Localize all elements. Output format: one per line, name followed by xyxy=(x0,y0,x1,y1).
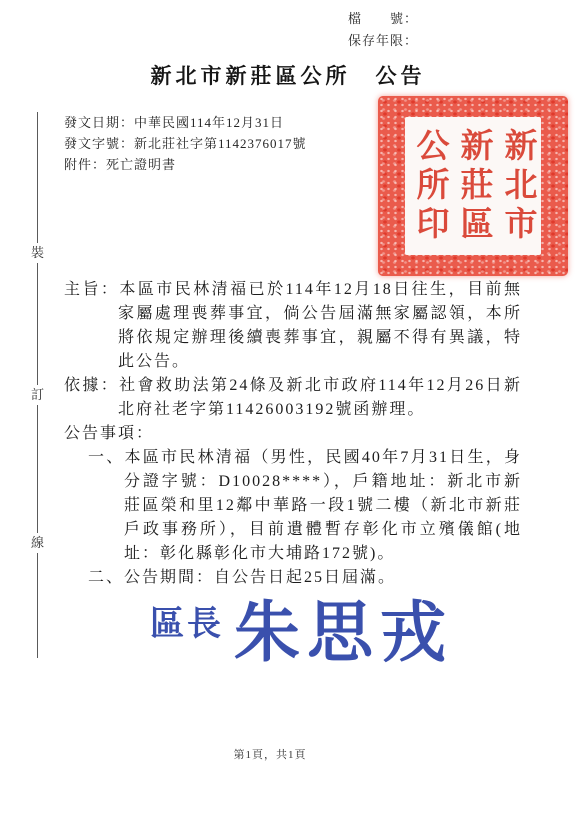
item-1-number: 一、 xyxy=(88,449,125,466)
seal-column-right: 新北市 xyxy=(501,128,534,245)
doc-number-line: 發文字號：新北莊社字第1142376017號 xyxy=(64,133,307,154)
issue-date-line: 發文日期：中華民國114年12月31日 xyxy=(64,112,307,133)
file-number-label: 檔 號： xyxy=(348,8,418,30)
chief-signature-stamp: 區長 朱思戎 xyxy=(150,596,453,671)
announcement-page: 檔 號： 保存年限： 新北市新莊區公所 公告 發文日期：中華民國114年12月3… xyxy=(0,0,576,815)
binding-char-ding: 訂 xyxy=(29,385,46,405)
retention-period-label: 保存年限： xyxy=(348,30,418,52)
official-seal-face: 新北市 新莊區 公所印 xyxy=(405,117,541,255)
binding-char-zhuang: 裝 xyxy=(29,243,46,263)
archive-labels: 檔 號： 保存年限： xyxy=(348,8,418,52)
announcement-body: 主旨：本區市民林清福已於114年12月18日往生，目前無家屬處理喪葬事宜，倘公告… xyxy=(64,278,522,590)
item-2-paragraph: 二、公告期間：自公告日起25日屆滿。 xyxy=(88,566,522,590)
subject-text: 本區市民林清福已於114年12月18日往生，目前無家屬處理喪葬事宜，倘公告屆滿無… xyxy=(118,281,522,370)
page-title: 新北市新莊區公所 公告 xyxy=(0,60,576,90)
subject-label: 主旨： xyxy=(64,281,119,298)
chief-name: 朱思戎 xyxy=(234,601,453,667)
official-seal: 新北市 新莊區 公所印 xyxy=(378,96,568,276)
binding-char-xian: 線 xyxy=(29,533,46,553)
item-2-text: 公告期間：自公告日起25日屆滿。 xyxy=(124,569,396,586)
item-1-paragraph: 一、本區市民林清福（男性，民國40年7月31日生，身分證字號：D10028***… xyxy=(88,446,522,566)
page-footer: 第1頁，共1頁 xyxy=(0,746,540,762)
announcement-item: 二、公告期間：自公告日起25日屆滿。 xyxy=(88,566,522,590)
announcement-item: 一、本區市民林清福（男性，民國40年7月31日生，身分證字號：D10028***… xyxy=(88,446,522,566)
seal-column-left: 公所印 xyxy=(413,128,446,245)
items-heading: 公告事項： xyxy=(64,422,522,446)
item-2-number: 二、 xyxy=(88,569,124,586)
subject-paragraph: 主旨：本區市民林清福已於114年12月18日往生，目前無家屬處理喪葬事宜，倘公告… xyxy=(64,278,522,374)
basis-text: 社會救助法第24條及新北市政府114年12月26日新北府社老字第11426003… xyxy=(118,377,522,418)
attachment-line: 附件：死亡證明書 xyxy=(64,154,307,175)
basis-label: 依據： xyxy=(64,377,119,394)
seal-column-middle: 新莊區 xyxy=(457,128,490,245)
meta-block: 發文日期：中華民國114年12月31日 發文字號：新北莊社字第114237601… xyxy=(64,112,307,175)
chief-title: 區長 xyxy=(150,596,224,645)
basis-paragraph: 依據：社會救助法第24條及新北市政府114年12月26日新北府社老字第11426… xyxy=(64,374,522,422)
item-1-text: 本區市民林清福（男性，民國40年7月31日生，身分證字號：D10028****）… xyxy=(124,449,522,562)
